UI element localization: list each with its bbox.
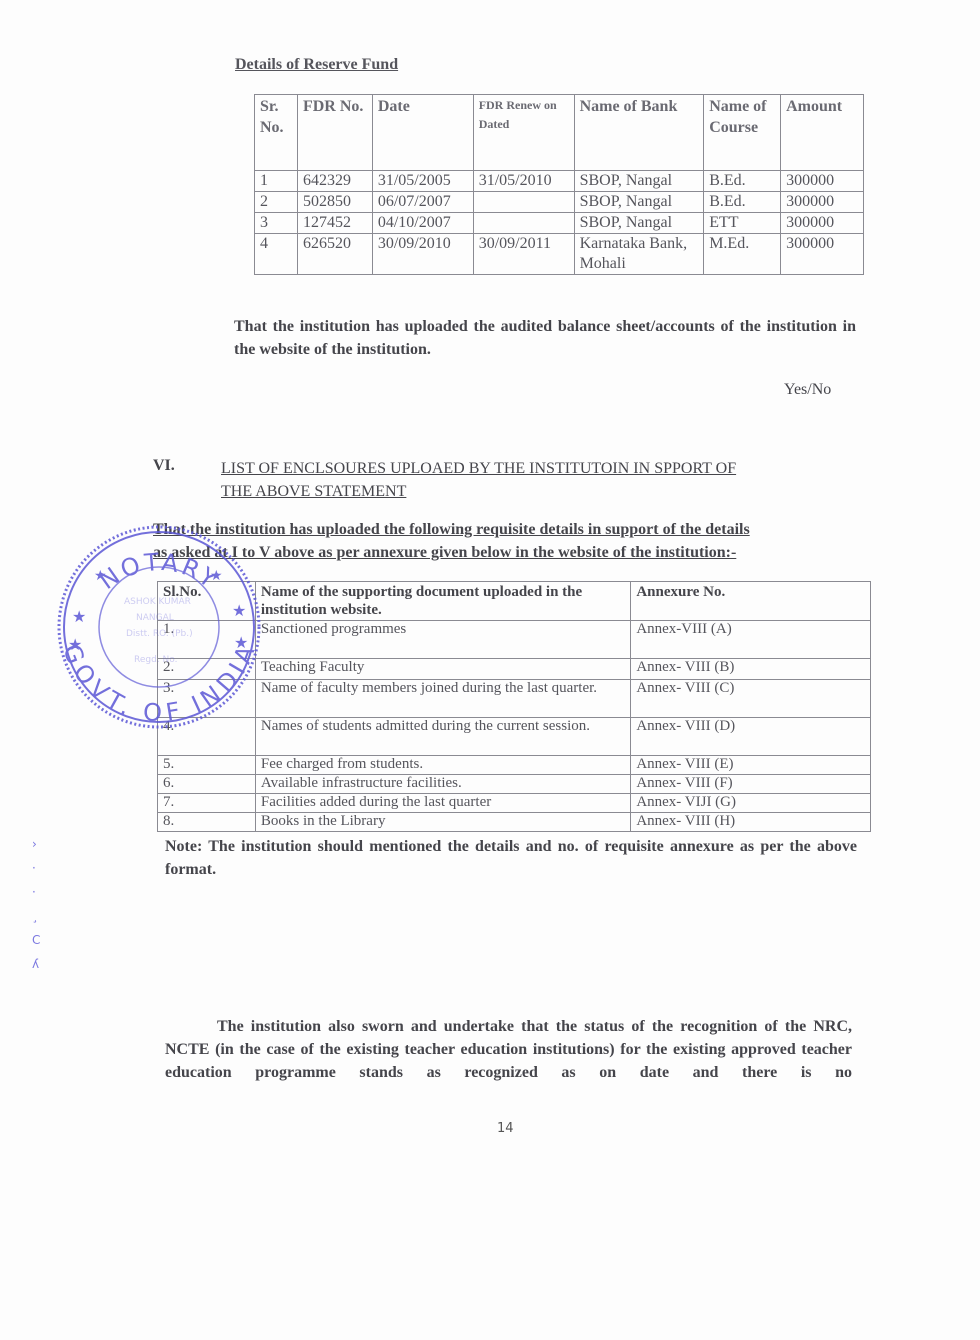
col-date: Date <box>372 95 473 171</box>
cell-renew: 30/09/2011 <box>473 234 574 275</box>
undertaking-paragraph: The institution also sworn and undertake… <box>165 1015 852 1084</box>
cell-doc: Facilities added during the last quarter <box>255 794 630 813</box>
cell-annex: Annex- VIII (D) <box>631 718 871 756</box>
cell-sl: 7. <box>158 794 256 813</box>
cell-fdr: 502850 <box>297 192 372 213</box>
cell-amount: 300000 <box>781 171 864 192</box>
col-fdr-renew: FDR Renew on Dated <box>473 95 574 171</box>
page-number: 14 <box>497 1121 514 1136</box>
cell-sl: 1. <box>158 621 256 659</box>
cell-bank: SBOP, Nangal <box>574 213 704 234</box>
col-course: Name of Course <box>704 95 781 171</box>
cell-fdr: 127452 <box>297 213 372 234</box>
annexure-row: 4.Names of students admitted during the … <box>158 718 871 756</box>
reserve-fund-table: Sr. No. FDR No. Date FDR Renew on Dated … <box>254 94 864 275</box>
section-title-line-1: LIST OF ENCLSOURES UPLOAED BY THE INSTIT… <box>221 457 861 480</box>
section-intro: That the institution has uploaded the fo… <box>153 518 858 564</box>
cell-bank: SBOP, Nangal <box>574 192 704 213</box>
cell-sr: 4 <box>255 234 298 275</box>
col-annexure-no: Annexure No. <box>631 582 871 621</box>
cell-date: 31/05/2005 <box>372 171 473 192</box>
col-sl-no: Sl.No. <box>158 582 256 621</box>
cell-doc: Books in the Library <box>255 813 630 832</box>
cell-doc: Teaching Faculty <box>255 659 630 680</box>
cell-sr: 3 <box>255 213 298 234</box>
cell-course: B.Ed. <box>704 171 781 192</box>
balance-sheet-statement: That the institution has uploaded the au… <box>234 315 856 361</box>
note-text: Note: The institution should mentioned t… <box>165 835 857 881</box>
reserve-fund-row: 250285006/07/2007SBOP, NangalB.Ed.300000 <box>255 192 864 213</box>
cell-sl: 5. <box>158 756 256 775</box>
section-title-line-2: THE ABOVE STATEMENT <box>221 480 861 503</box>
cell-sl: 4. <box>158 718 256 756</box>
cell-fdr: 626520 <box>297 234 372 275</box>
section-intro-line-1: That the institution has uploaded the fo… <box>153 518 858 541</box>
cell-date: 06/07/2007 <box>372 192 473 213</box>
reserve-fund-row: 462652030/09/201030/09/2011Karnataka Ban… <box>255 234 864 275</box>
col-amount: Amount <box>781 95 864 171</box>
cell-annex: Annex- VIJI (G) <box>631 794 871 813</box>
annexure-table: Sl.No. Name of the supporting document u… <box>157 581 871 832</box>
annexure-header-row: Sl.No. Name of the supporting document u… <box>158 582 871 621</box>
svg-text:★: ★ <box>68 637 82 654</box>
cell-amount: 300000 <box>781 213 864 234</box>
section-intro-line-2: as asked at I to V above as per annexure… <box>153 541 858 564</box>
cell-sr: 2 <box>255 192 298 213</box>
cell-amount: 300000 <box>781 234 864 275</box>
cell-sl: 6. <box>158 775 256 794</box>
cell-doc: Names of students admitted during the cu… <box>255 718 630 756</box>
svg-text:★: ★ <box>94 569 107 584</box>
svg-text:★: ★ <box>72 609 86 626</box>
cell-sl: 2. <box>158 659 256 680</box>
cell-course: B.Ed. <box>704 192 781 213</box>
cell-annex: Annex-VIII (A) <box>631 621 871 659</box>
cell-sr: 1 <box>255 171 298 192</box>
col-bank: Name of Bank <box>574 95 704 171</box>
cell-bank: Karnataka Bank, Mohali <box>574 234 704 275</box>
cell-annex: Annex- VIII (H) <box>631 813 871 832</box>
margin-ink-marks: ›··¸Cʎ <box>32 832 40 976</box>
reserve-fund-row: 312745204/10/2007SBOP, NangalETT300000 <box>255 213 864 234</box>
cell-doc: Name of faculty members joined during th… <box>255 680 630 718</box>
annexure-row: 1.Sanctioned programmesAnnex-VIII (A) <box>158 621 871 659</box>
cell-renew <box>473 192 574 213</box>
cell-renew <box>473 213 574 234</box>
col-sr-no: Sr. No. <box>255 95 298 171</box>
yes-no-answer: Yes/No <box>784 381 831 399</box>
reserve-fund-title: Details of Reserve Fund <box>235 56 398 74</box>
cell-doc: Sanctioned programmes <box>255 621 630 659</box>
cell-sl: 3. <box>158 680 256 718</box>
reserve-fund-row: 164232931/05/200531/05/2010SBOP, NangalB… <box>255 171 864 192</box>
annexure-row: 5.Fee charged from students.Annex- VIII … <box>158 756 871 775</box>
cell-course: ETT <box>704 213 781 234</box>
cell-doc: Available infrastructure facilities. <box>255 775 630 794</box>
annexure-row: 6.Available infrastructure facilities.An… <box>158 775 871 794</box>
cell-date: 04/10/2007 <box>372 213 473 234</box>
cell-amount: 300000 <box>781 192 864 213</box>
annexure-row: 7.Facilities added during the last quart… <box>158 794 871 813</box>
section-title: LIST OF ENCLSOURES UPLOAED BY THE INSTIT… <box>221 457 861 503</box>
cell-annex: Annex- VIII (E) <box>631 756 871 775</box>
cell-annex: Annex- VIII (C) <box>631 680 871 718</box>
cell-sl: 8. <box>158 813 256 832</box>
cell-annex: Annex- VIII (F) <box>631 775 871 794</box>
reserve-fund-header-row: Sr. No. FDR No. Date FDR Renew on Dated … <box>255 95 864 171</box>
cell-fdr: 642329 <box>297 171 372 192</box>
cell-course: M.Ed. <box>704 234 781 275</box>
cell-annex: Annex- VIII (B) <box>631 659 871 680</box>
annexure-row: 3.Name of faculty members joined during … <box>158 680 871 718</box>
cell-date: 30/09/2010 <box>372 234 473 275</box>
col-fdr-no: FDR No. <box>297 95 372 171</box>
cell-bank: SBOP, Nangal <box>574 171 704 192</box>
section-number: VI. <box>153 457 175 475</box>
annexure-row: 8.Books in the LibraryAnnex- VIII (H) <box>158 813 871 832</box>
annexure-row: 2.Teaching FacultyAnnex- VIII (B) <box>158 659 871 680</box>
cell-doc: Fee charged from students. <box>255 756 630 775</box>
col-document-name: Name of the supporting document uploaded… <box>255 582 630 621</box>
cell-renew: 31/05/2010 <box>473 171 574 192</box>
